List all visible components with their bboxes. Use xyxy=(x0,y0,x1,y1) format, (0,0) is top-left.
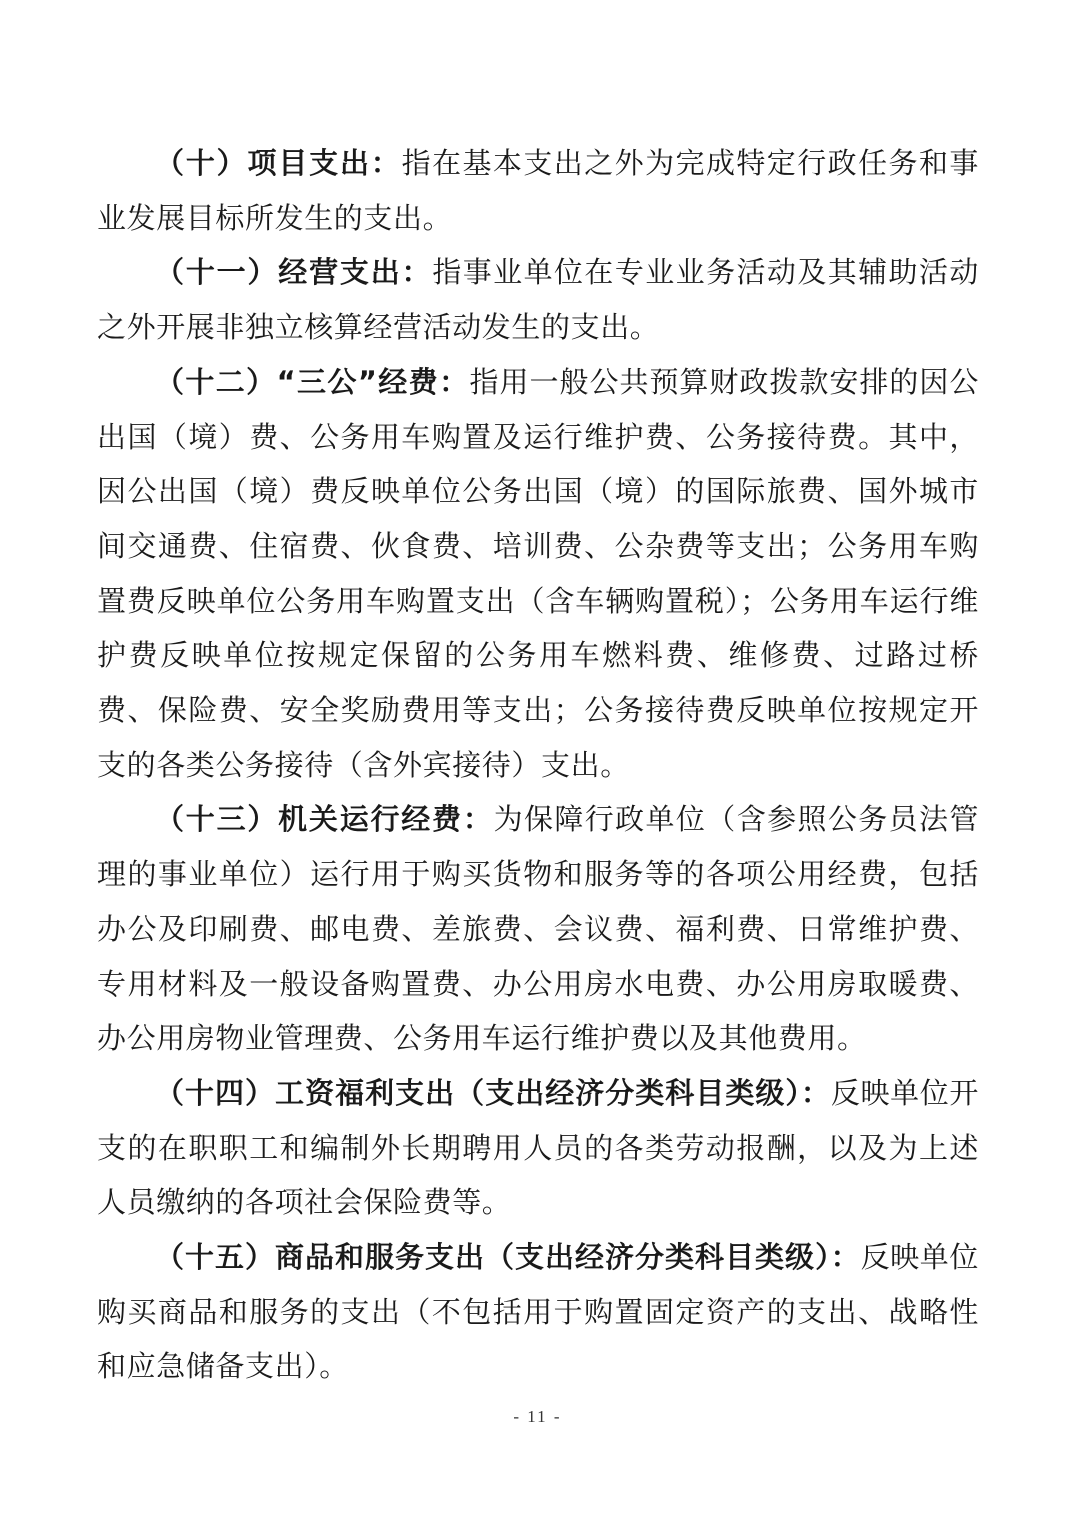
paragraph-three-public-expenses: （十二）“三公”经费：指用一般公共预算财政拨款安排的因公出国（境）费、公务用车购… xyxy=(97,355,979,793)
document-page: （十）项目支出：指在基本支出之外为完成特定行政任务和事业发展目标所发生的支出。 … xyxy=(97,136,979,1394)
paragraph-body: 指用一般公共预算财政拨款安排的因公出国（境）费、公务用车购置及运行维护费、公务接… xyxy=(97,365,979,782)
paragraph-heading: （十四）工资福利支出（支出经济分类科目类级）： xyxy=(155,1076,831,1110)
paragraph-project-expenditure: （十）项目支出：指在基本支出之外为完成特定行政任务和事业发展目标所发生的支出。 xyxy=(97,136,979,245)
paragraph-agency-operating-funds: （十三）机关运行经费：为保障行政单位（含参照公务员法管理的事业单位）运行用于购买… xyxy=(97,792,979,1066)
paragraph-heading: （十二）“三公”经费： xyxy=(155,365,469,399)
paragraph-heading: （十五）商品和服务支出（支出经济分类科目类级）： xyxy=(155,1240,861,1274)
paragraph-body: 为保障行政单位（含参照公务员法管理的事业单位）运行用于购买货物和服务等的各项公用… xyxy=(97,802,979,1055)
paragraph-heading: （十三）机关运行经费： xyxy=(155,802,494,836)
paragraph-heading: （十一）经营支出： xyxy=(155,255,432,289)
paragraph-goods-services: （十五）商品和服务支出（支出经济分类科目类级）：反映单位购买商品和服务的支出（不… xyxy=(97,1230,979,1394)
page-number: - 11 - xyxy=(0,1407,1075,1427)
paragraph-heading: （十）项目支出： xyxy=(155,146,402,180)
paragraph-operating-expenditure: （十一）经营支出：指事业单位在专业业务活动及其辅助活动之外开展非独立核算经营活动… xyxy=(97,245,979,354)
paragraph-wages-welfare: （十四）工资福利支出（支出经济分类科目类级）：反映单位开支的在职职工和编制外长期… xyxy=(97,1066,979,1230)
